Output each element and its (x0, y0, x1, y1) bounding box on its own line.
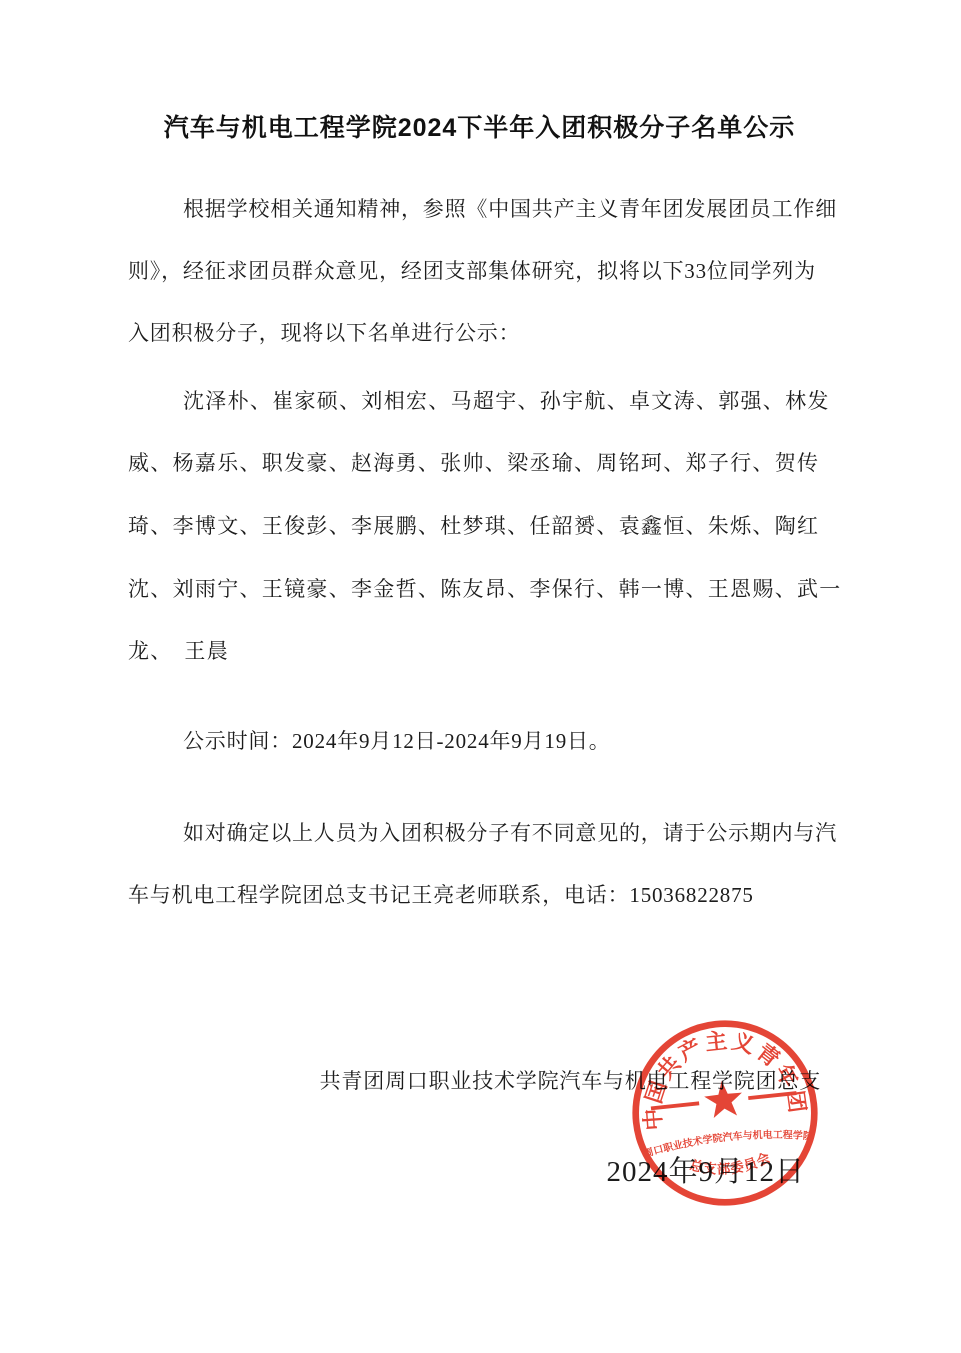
names-line-5: 龙、 王晨 (128, 620, 831, 682)
names-line-4: 沈、刘雨宁、王镜豪、李金哲、陈友昂、李保行、韩一博、王恩赐、武一 (128, 558, 831, 620)
names-line-1: 沈泽朴、崔家硕、刘相宏、马超宇、孙宇航、卓文涛、郭强、林发 (128, 370, 831, 432)
names-line-2-alt-char: 珂 (641, 452, 663, 475)
names-list: 沈泽朴、崔家硕、刘相宏、马超宇、孙宇航、卓文涛、郭强、林发 威、杨嘉乐、职发豪、… (128, 370, 831, 682)
publicity-period: 公示时间：2024年9月12日-2024年9月19日。 (128, 710, 831, 772)
signature-line: 共青团周口职业技术学院汽车与机电工程学院团总支 (128, 1050, 831, 1112)
intro-line-3: 入团积极分子，现将以下名单进行公示： (128, 302, 831, 364)
document-content: 汽车与机电工程学院2024下半年入团积极分子名单公示 根据学校相关通知精神，参照… (0, 108, 961, 1194)
objection-line-2: 车与机电工程学院团总支书记王亮老师联系，电话：15036822875 (128, 864, 831, 926)
names-line-3-alt-char: 赟 (574, 515, 596, 538)
names-line-3-c: 、袁鑫恒、朱烁、陶红 (596, 514, 819, 538)
document-date: 2024年9月12日 (128, 1150, 831, 1194)
names-line-2-c: 、郑子行、贺传 (663, 451, 819, 475)
intro-paragraph: 根据学校相关通知精神，参照《中国共产主义青年团发展团员工作细 则》，经征求团员群… (128, 178, 831, 364)
document-title: 汽车与机电工程学院2024下半年入团积极分子名单公示 (128, 108, 831, 148)
intro-line-2: 则》，经征求团员群众意见，经团支部集体研究，拟将以下33位同学列为 (128, 240, 831, 302)
names-line-2-a: 威、杨嘉乐、职发豪、赵海勇、张帅、梁丞瑜、周铭 (128, 451, 641, 475)
publicity-period-line: 公示时间：2024年9月12日-2024年9月19日。 (128, 710, 831, 772)
objection-line-1: 如对确定以上人员为入团积极分子有不同意见的，请于公示期内与汽 (128, 802, 831, 864)
names-line-3-a: 琦、李博文、王俊彭、李展鹏、杜梦琪、任韶 (128, 514, 574, 538)
names-line-2: 威、杨嘉乐、职发豪、赵海勇、张帅、梁丞瑜、周铭珂、郑子行、贺传 (128, 432, 831, 495)
objection-paragraph: 如对确定以上人员为入团积极分子有不同意见的，请于公示期内与汽 车与机电工程学院团… (128, 802, 831, 926)
document-page: 汽车与机电工程学院2024下半年入团积极分子名单公示 根据学校相关通知精神，参照… (0, 0, 961, 1353)
intro-line-1: 根据学校相关通知精神，参照《中国共产主义青年团发展团员工作细 (128, 178, 831, 240)
names-line-3: 琦、李博文、王俊彭、李展鹏、杜梦琪、任韶赟、袁鑫恒、朱烁、陶红 (128, 495, 831, 558)
